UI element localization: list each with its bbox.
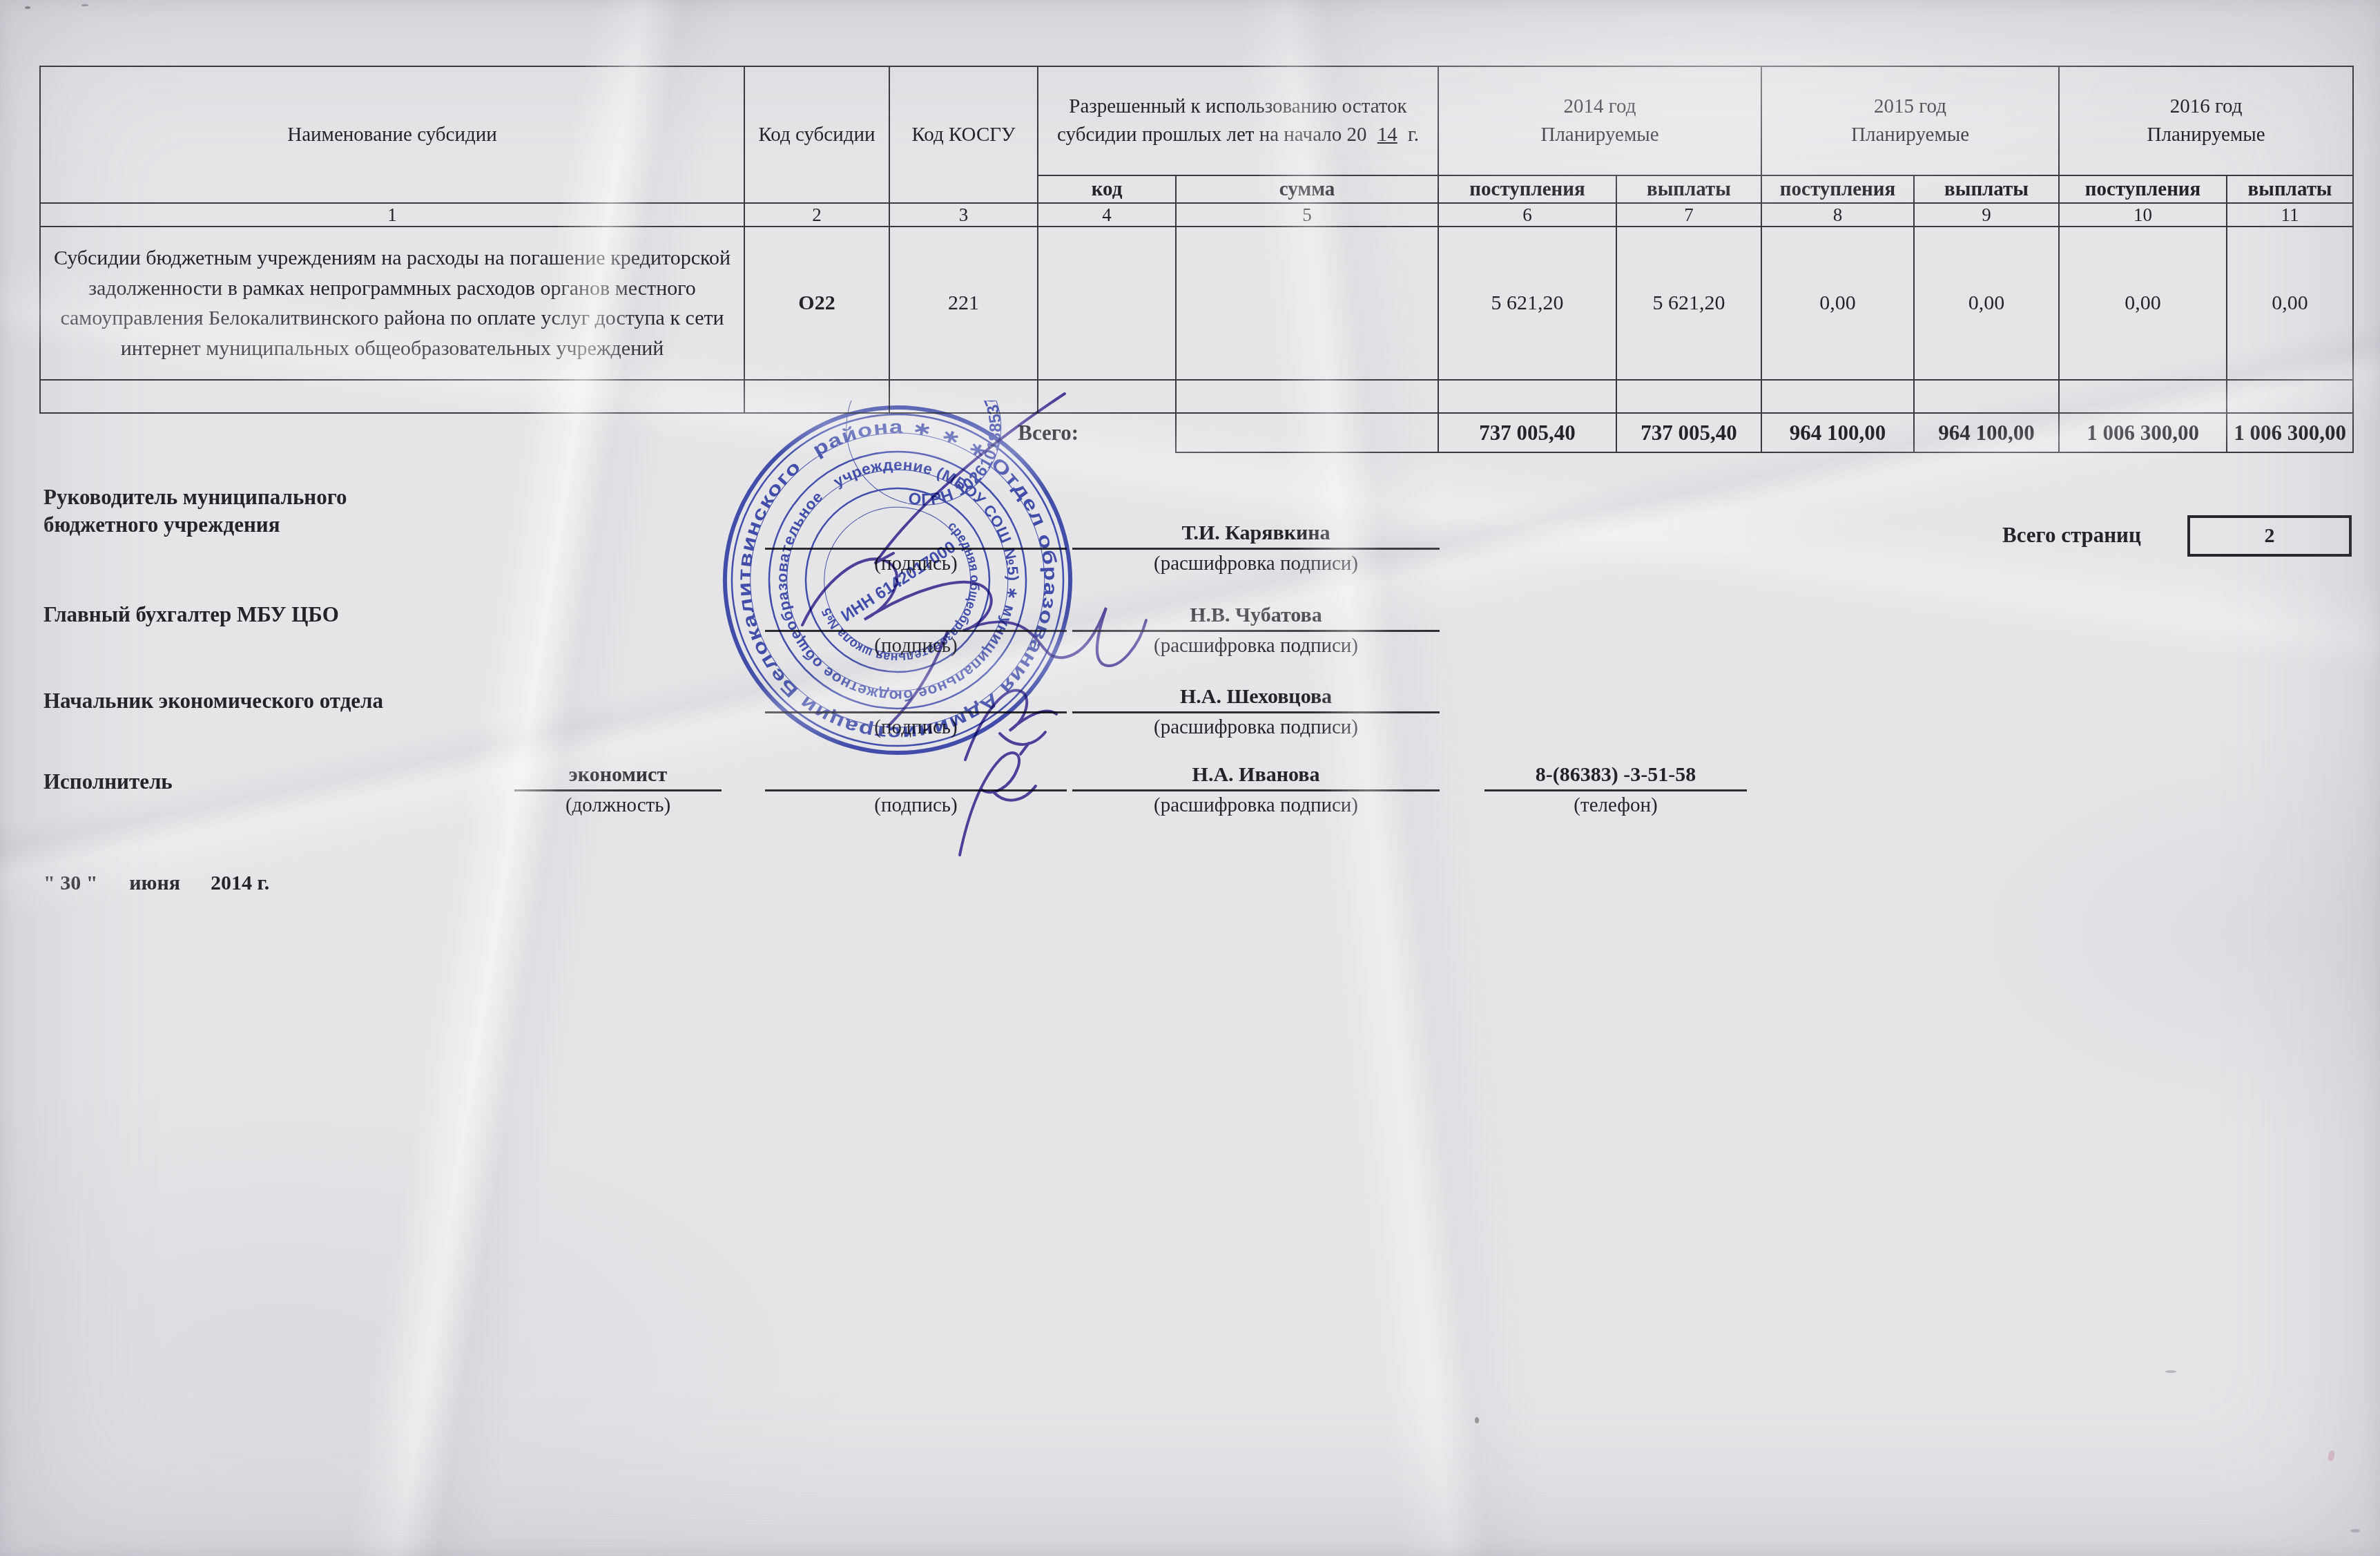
scan-speck (25, 6, 30, 9)
caption-signature: (подпись) (765, 791, 1067, 817)
subheader-payments-2015: выплаты (1914, 175, 2059, 203)
header-name: Наименование субсидии (40, 66, 744, 203)
header-subsidy-code: Код субсидии (744, 66, 889, 203)
header-remainder: Разрешенный к использованию остаток субс… (1038, 66, 1438, 175)
date-line: " 30 "июня2014 г. (43, 872, 269, 895)
scan-speck (1475, 1417, 1479, 1423)
subheader-sum: сумма (1176, 175, 1438, 203)
caption-phone: (телефон) (1484, 791, 1747, 817)
subheader-receipts-2014: поступления (1438, 175, 1616, 203)
director-name-slot: Т.И. Карявкина (расшифровка подписи) (1072, 516, 1440, 575)
total-receipts-2016: 1 006 300,00 (2059, 413, 2227, 452)
subheader-receipts-2015: поступления (1761, 175, 1914, 203)
header-remainder-year: 14 (1372, 124, 1403, 146)
cell-receipts-2014: 5 621,20 (1438, 227, 1616, 380)
cell-remainder-code (1038, 227, 1176, 380)
col-number: 1 (40, 203, 744, 227)
header-year-2015: 2015 год Планируемые (1761, 66, 2059, 175)
header-remainder-text: Разрешенный к использованию остаток субс… (1057, 95, 1407, 146)
scan-speck (2350, 1529, 2360, 1533)
planned-label: Планируемые (1770, 121, 2050, 149)
header-row-numbers: 1 2 3 4 5 6 7 8 9 10 11 (40, 203, 2353, 227)
planned-label: Планируемые (1447, 121, 1752, 149)
director-name: Т.И. Карявкина (1072, 516, 1440, 548)
table-row-empty (40, 380, 2353, 413)
col-number: 10 (2059, 203, 2227, 227)
cell-subsidy-code: О22 (744, 227, 889, 380)
col-number: 11 (2227, 203, 2353, 227)
cell-payments-2016: 0,00 (2227, 227, 2353, 380)
col-number: 4 (1038, 203, 1176, 227)
year-label: 2016 год (2068, 93, 2344, 121)
economics-name-slot: Н.А. Шеховцова (расшифровка подписи) (1072, 680, 1440, 739)
total-receipts-2015: 964 100,00 (1761, 413, 1914, 452)
pages-total-label: Всего страниц (2002, 523, 2141, 548)
economics-head-name: Н.А. Шеховцова (1072, 680, 1440, 711)
header-remainder-suffix: г. (1408, 124, 1419, 146)
total-payments-2016: 1 006 300,00 (2227, 413, 2353, 452)
label-chief-accountant: Главный бухгалтер МБУ ЦБО (43, 601, 665, 628)
executor-phone: 8-(86383) -3-51-58 (1484, 758, 1747, 789)
header-kosgu-code: Код КОСГУ (889, 66, 1038, 203)
total-sum (1176, 413, 1438, 452)
year-label: 2014 год (1447, 93, 1752, 121)
pages-total-value: 2 (2265, 524, 2275, 548)
scanned-document-page: Наименование субсидии Код субсидии Код К… (0, 0, 2380, 1556)
cell-receipts-2015: 0,00 (1761, 227, 1914, 380)
col-number: 5 (1176, 203, 1438, 227)
caption-decode: (расшифровка подписи) (1072, 791, 1440, 817)
label-executor: Исполнитель (43, 768, 458, 796)
cell-payments-2015: 0,00 (1914, 227, 2059, 380)
subheader-payments-2016: выплаты (2227, 175, 2353, 203)
col-number: 8 (1761, 203, 1914, 227)
subsidy-table-wrapper: Наименование субсидии Код субсидии Код К… (39, 66, 2354, 453)
header-row-groups: Наименование субсидии Код субсидии Код К… (40, 66, 2353, 175)
total-payments-2015: 964 100,00 (1914, 413, 2059, 452)
caption-decode: (расшифровка подписи) (1072, 550, 1440, 575)
caption-decode: (расшифровка подписи) (1072, 713, 1440, 739)
round-stamp: района ∗ ∗ ∗ Отдел образования Администр… (718, 401, 1077, 760)
col-number: 9 (1914, 203, 2059, 227)
date-year: 2014 г. (211, 872, 269, 894)
executor-position-slot: экономист (должность) (514, 758, 722, 817)
col-number: 7 (1616, 203, 1761, 227)
col-number: 6 (1438, 203, 1616, 227)
subsidy-table: Наименование субсидии Код субсидии Код К… (39, 66, 2354, 453)
executor-signature-slot: (подпись) (765, 758, 1067, 817)
header-year-2016: 2016 год Планируемые (2059, 66, 2353, 175)
date-day: " 30 " (43, 872, 97, 894)
total-receipts-2014: 737 005,40 (1438, 413, 1616, 452)
subheader-receipts-2016: поступления (2059, 175, 2227, 203)
stamp-inn-text: ИНН 6142017000 (838, 537, 959, 625)
col-number: 2 (744, 203, 889, 227)
col-number: 3 (889, 203, 1038, 227)
pages-total-box: 2 (2187, 515, 2352, 557)
subheader-payments-2014: выплаты (1616, 175, 1761, 203)
cell-receipts-2016: 0,00 (2059, 227, 2227, 380)
scan-speck (81, 4, 88, 6)
date-month: июня (129, 872, 180, 894)
header-year-2014: 2014 год Планируемые (1438, 66, 1761, 175)
executor-name-slot: Н.А. Иванова (расшифровка подписи) (1072, 758, 1440, 817)
table-row-total: Всего: 737 005,40 737 005,40 964 100,00 … (40, 413, 2353, 452)
signature-space (765, 758, 1067, 789)
subheader-code: код (1038, 175, 1176, 203)
scan-speck (2165, 1370, 2176, 1373)
executor-position: экономист (514, 758, 722, 789)
table-row: Субсидии бюджетным учреждениям на расход… (40, 227, 2353, 380)
label-director: Руководитель муниципального бюджетного у… (43, 483, 403, 539)
cell-kosgu-code: 221 (889, 227, 1038, 380)
cell-subsidy-name: Субсидии бюджетным учреждениям на расход… (40, 227, 744, 380)
accountant-name: Н.В. Чубатова (1072, 598, 1440, 630)
caption-decode: (расшифровка подписи) (1072, 632, 1440, 657)
cell-payments-2014: 5 621,20 (1616, 227, 1761, 380)
scan-speck (2327, 1450, 2336, 1462)
planned-label: Планируемые (2068, 121, 2344, 149)
label-economics-head: Начальник экономического отдела (43, 687, 665, 715)
cell-remainder-sum (1176, 227, 1438, 380)
accountant-name-slot: Н.В. Чубатова (расшифровка подписи) (1072, 598, 1440, 657)
caption-position: (должность) (514, 791, 722, 817)
year-label: 2015 год (1770, 93, 2050, 121)
executor-phone-slot: 8-(86383) -3-51-58 (телефон) (1484, 758, 1747, 817)
total-payments-2014: 737 005,40 (1616, 413, 1761, 452)
executor-name: Н.А. Иванова (1072, 758, 1440, 789)
